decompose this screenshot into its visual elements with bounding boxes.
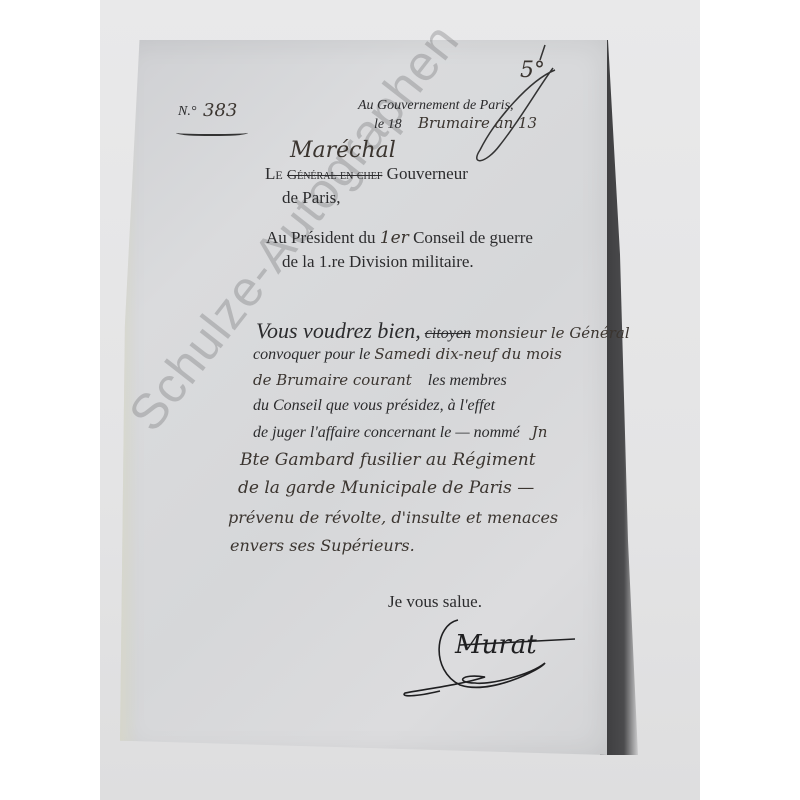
recipient-prefix: Au Président du <box>266 228 376 247</box>
date-prefix: le 18 <box>374 117 402 133</box>
date-handwritten: Brumaire an 13 <box>418 114 537 132</box>
signature-flourish <box>400 615 590 705</box>
sender-line2: de Paris, <box>282 188 341 208</box>
body-line2-printed: convoquer pour le <box>253 346 370 363</box>
number-underline <box>176 128 248 136</box>
closing: Je vous salue. <box>388 592 482 612</box>
document-number: 383 <box>203 100 237 121</box>
sender-le: Le <box>265 164 283 183</box>
sender-struck: Général en chef <box>287 168 382 183</box>
body-line1-struck: citoyen <box>425 325 471 342</box>
recipient-suffix: Conseil de guerre <box>413 228 533 247</box>
recipient-ordinal: 1er <box>380 228 409 248</box>
body-line7: de la garde Municipale de Paris — <box>238 478 534 498</box>
body-line2-handwritten: Samedi dix-neuf du mois <box>374 345 561 363</box>
recipient-line2: de la 1.re Division militaire. <box>282 252 474 272</box>
sender-rest: Gouverneur <box>387 164 468 183</box>
body-line1-handwritten: monsieur le Général <box>475 324 630 342</box>
title-insert: Maréchal <box>290 138 396 163</box>
office-line: Au Gouvernement de Paris, <box>358 98 514 114</box>
body-line5-printed: de juger l'affaire concernant le — nommé <box>253 424 520 441</box>
body-line1-printed: Vous voudrez bien, <box>256 318 421 343</box>
body-line8: prévenu de révolte, d'insulte et menaces <box>228 508 558 527</box>
body-line9: envers ses Supérieurs. <box>230 536 415 555</box>
body-line6: Bte Gambard fusilier au Régiment <box>240 450 536 470</box>
body-line5-handwritten: Jn <box>532 423 548 441</box>
body-line4: du Conseil que vous présidez, à l'effet <box>253 397 495 415</box>
body-line3-handwritten: de Brumaire courant <box>253 371 412 389</box>
body-line3-printed: les membres <box>428 372 507 389</box>
number-label: N.° <box>178 104 196 120</box>
